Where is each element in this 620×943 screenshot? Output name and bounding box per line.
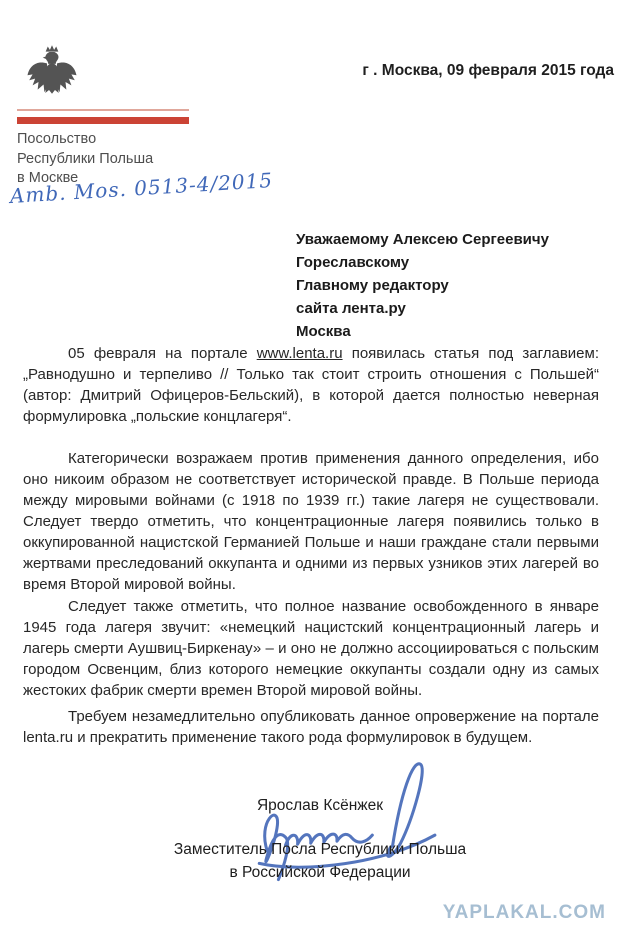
scanned-letter-page: Посольство Республики Польша в Москве Am… <box>0 0 620 943</box>
body-paragraph-3: Следует также отметить, что полное назва… <box>23 596 599 701</box>
yaplakal-watermark: YAPLAKAL.COM <box>443 902 606 924</box>
paragraph-text: 05 февраля на портале <box>68 345 257 362</box>
date-line: г . Москва, 09 февраля 2015 года <box>362 62 614 80</box>
polish-eagle-emblem-icon <box>25 43 79 99</box>
body-paragraph-2: Категорически возражаем против применени… <box>23 448 599 595</box>
embassy-name-line: Республики Польша <box>17 150 153 170</box>
addressee-line: Москва <box>296 320 620 343</box>
signatory-title: Заместитель Посла Республики Польша в Ро… <box>100 839 540 884</box>
signatory-title-line: Заместитель Посла Республики Польша <box>100 839 540 862</box>
embassy-name-line: Посольство <box>17 130 153 150</box>
addressee-block: Уважаемому Алексею Сергеевичу Гореславск… <box>296 228 620 343</box>
flag-stripe-thin <box>17 109 189 111</box>
flag-stripe-thick <box>17 117 189 124</box>
body-paragraph-4: Требуем незамедлительно опубликовать дан… <box>23 706 599 748</box>
signatory-title-line: в Российской Федерации <box>100 862 540 885</box>
addressee-line: сайта лента.ру <box>296 297 620 320</box>
lenta-url-text: www.lenta.ru <box>257 345 343 362</box>
body-paragraph-1: 05 февраля на портале www.lenta.ru появи… <box>23 343 599 427</box>
signatory-name: Ярослав Ксёнжек <box>100 797 540 815</box>
addressee-line: Главному редактору <box>296 274 620 297</box>
addressee-line: Уважаемому Алексею Сергеевичу Гореславск… <box>296 228 620 274</box>
